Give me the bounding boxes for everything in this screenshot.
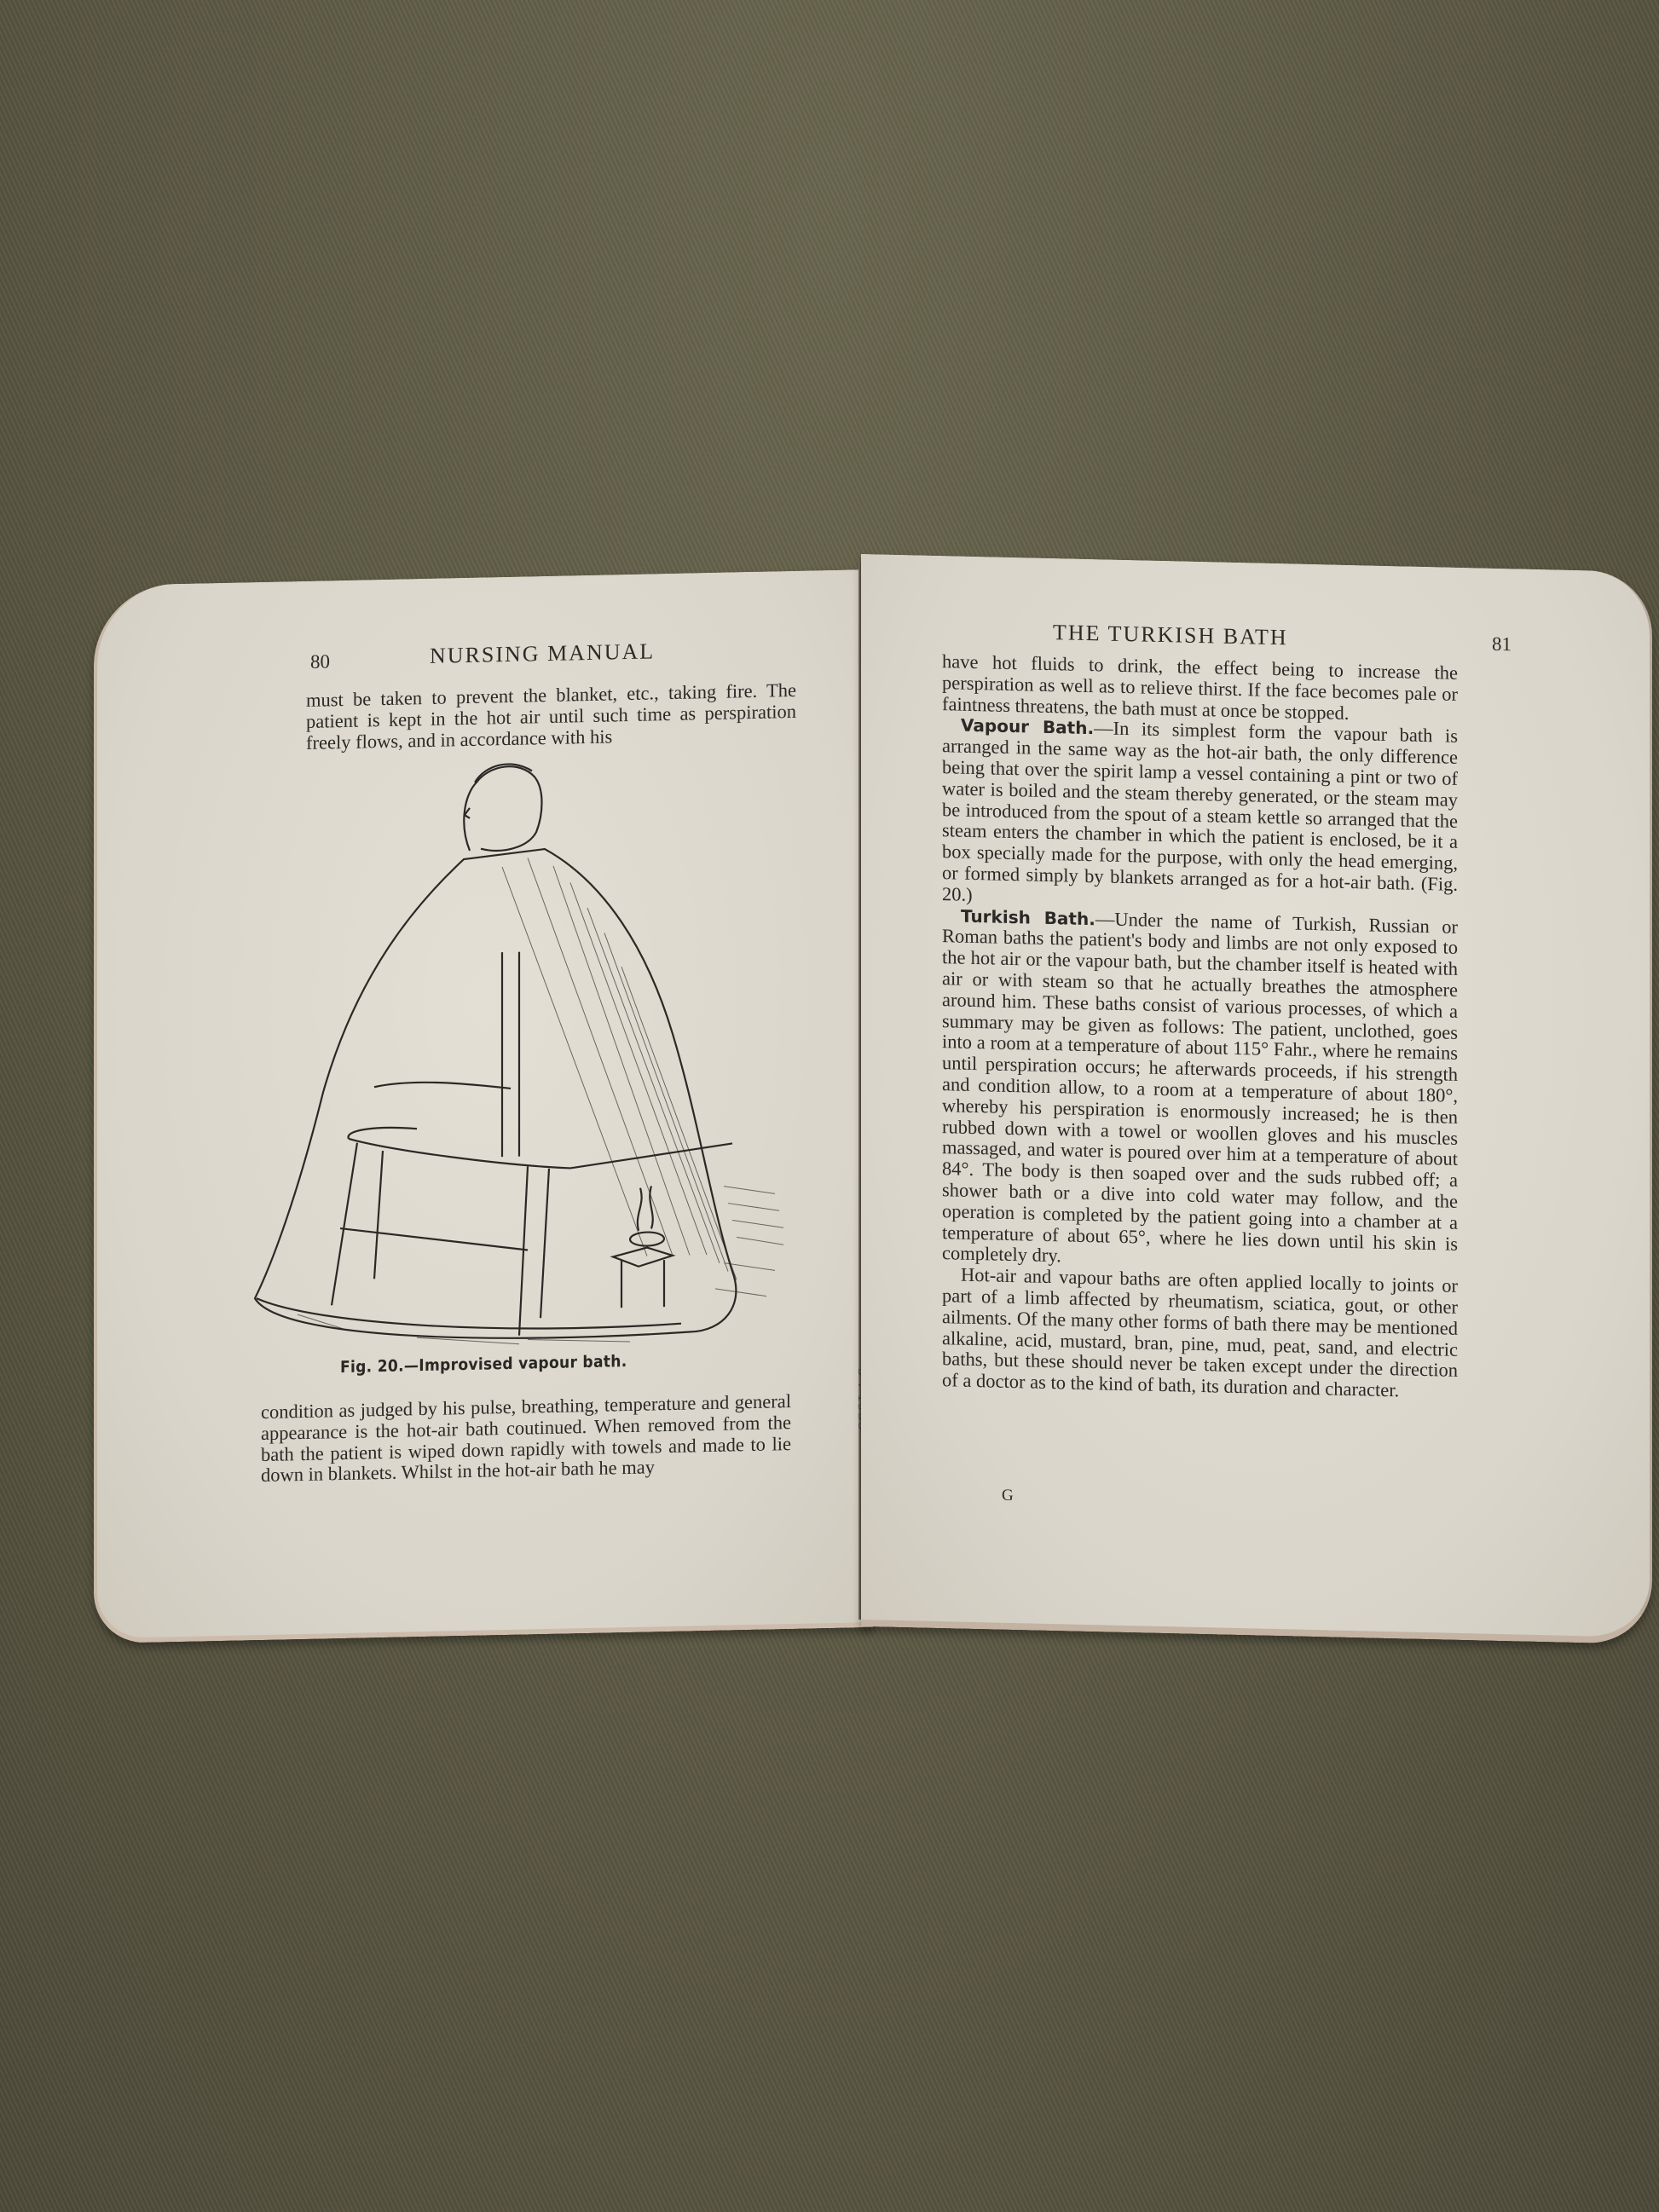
- left-page: 80 NURSING MANUAL must be taken to preve…: [94, 569, 873, 1643]
- left-bottom-paragraph: condition as judged by his pulse, breath…: [261, 1391, 791, 1487]
- paragraph-turkish-bath: Turkish Bath.—Under the name of Turkish,…: [942, 905, 1458, 1276]
- running-head-left: NURSING MANUAL: [430, 634, 873, 669]
- page-number-right: 81: [1492, 633, 1512, 656]
- right-page-body: have hot fluids to drink, the effect bei…: [942, 651, 1458, 1403]
- paragraph-local-baths: Hot-air and vapour baths are often appli…: [942, 1264, 1458, 1403]
- paragraph-vapour-bath: Vapour Bath.—In its simplest form the va…: [942, 715, 1458, 917]
- vapour-bath-illustration-icon: [246, 742, 809, 1354]
- signature-mark: G: [1002, 1487, 1014, 1505]
- page-number-left: 80: [310, 650, 330, 673]
- running-head-right: THE TURKISH BATH: [1053, 620, 1650, 659]
- open-book: 80 NURSING MANUAL must be taken to preve…: [90, 554, 1654, 1628]
- right-page: THE TURKISH BATH 81 have hot fluids to d…: [861, 554, 1652, 1644]
- figure-caption: Fig. 20.—Improvised vapour bath.: [340, 1352, 627, 1377]
- paragraph-fluids: have hot fluids to drink, the effect bei…: [942, 651, 1458, 726]
